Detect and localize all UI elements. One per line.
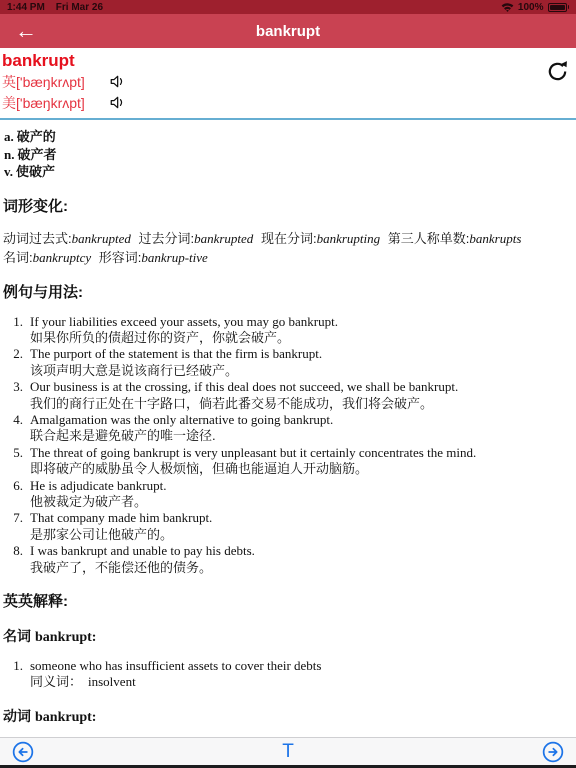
examples-heading: 例句与用法: xyxy=(3,284,576,302)
sense-item: 1. someone who has insufficient assets t… xyxy=(0,658,576,691)
def-text: 使破产 xyxy=(16,164,55,179)
headword: bankrupt xyxy=(2,51,576,71)
example-number: 7. xyxy=(0,510,30,543)
ee-word: bankrupt: xyxy=(35,710,96,725)
speaker-icon[interactable] xyxy=(109,95,126,110)
form-label: 过去分词: xyxy=(138,231,194,246)
def-pos: n. xyxy=(4,147,14,162)
ee-word: bankrupt: xyxy=(35,630,96,645)
form-label: 第三人称单数: xyxy=(388,231,470,246)
pronunciation-row: 美['bæŋkrʌpt] xyxy=(2,92,576,113)
example-item: 7. That company made him bankrupt. 是那家公司… xyxy=(0,510,576,543)
examples-list: 1. If your liabilities exceed your asset… xyxy=(0,314,576,577)
form-value: bankrupted xyxy=(72,231,131,246)
battery-nub xyxy=(568,5,570,9)
synonym-value: insolvent xyxy=(88,674,136,689)
word-form: 动词过去式:bankrupted xyxy=(3,231,131,246)
form-value: bankrupted xyxy=(194,231,253,246)
example-item: 6. He is adjudicate bankrupt. 他被裁定为破产者。 xyxy=(0,478,576,511)
ee-subheading: 名词bankrupt: xyxy=(3,628,576,646)
nav-bar: ← bankrupt xyxy=(0,14,576,48)
pron-phonetic: ['bæŋkrʌpt] xyxy=(16,95,85,111)
example-english: Our business is at the crossing, if this… xyxy=(30,379,576,395)
example-item: 8. I was bankrupt and unable to pay his … xyxy=(0,543,576,576)
def-pos: v. xyxy=(4,164,13,179)
def-pos: a. xyxy=(4,129,14,144)
synonym-label: 同义词： xyxy=(30,674,82,689)
status-bar: 1:44 PM Fri Mar 26 100% xyxy=(0,0,576,14)
page-title: bankrupt xyxy=(256,23,320,40)
dictionary-entry: bankrupt 英['bæŋkrʌpt] 美['bæŋkrʌpt] a.破产的… xyxy=(0,51,576,754)
example-chinese: 该项声明大意是说该商行已经破产。 xyxy=(30,363,576,379)
ee-pos: 名词 xyxy=(3,628,31,644)
speaker-icon[interactable] xyxy=(109,74,126,89)
history-forward-icon[interactable] xyxy=(542,741,564,768)
example-chinese: 如果你所负的债超过你的资产，你就会破产。 xyxy=(30,330,576,346)
example-english: The threat of going bankrupt is very unp… xyxy=(30,445,576,461)
pron-phonetic: ['bæŋkrʌpt] xyxy=(16,74,85,90)
word-forms-paragraph: 动词过去式:bankrupted 过去分词:bankrupted 现在分词:ba… xyxy=(3,229,574,267)
example-number: 5. xyxy=(0,445,30,478)
example-number: 2. xyxy=(0,346,30,379)
ee-senses: 1. someone who has insufficient assets t… xyxy=(0,658,576,691)
word-form: 名词:bankruptcy xyxy=(3,250,91,265)
example-english: Amalgamation was the only alternative to… xyxy=(30,412,576,428)
sense-text: someone who has insufficient assets to c… xyxy=(30,658,576,674)
example-chinese: 是那家公司让他破产的。 xyxy=(30,527,576,543)
word-form: 形容词:bankrup-tive xyxy=(99,250,208,265)
sense-number: 1. xyxy=(0,658,30,691)
form-label: 动词过去式: xyxy=(3,231,72,246)
example-english: If your liabilities exceed your assets, … xyxy=(30,314,576,330)
example-chinese: 联合起来是避免破产的唯一途径. xyxy=(30,428,576,444)
sense-synonym-row: 同义词：insolvent xyxy=(30,674,576,690)
ee-subheading: 动词bankrupt: xyxy=(3,708,576,726)
battery-percent: 100% xyxy=(518,2,544,13)
form-label: 名词: xyxy=(3,250,33,265)
def-text: 破产者 xyxy=(17,147,56,162)
word-form: 第三人称单数:bankrupts xyxy=(388,231,522,246)
example-item: 2. The purport of the statement is that … xyxy=(0,346,576,379)
battery-icon xyxy=(548,3,567,12)
example-item: 1. If your liabilities exceed your asset… xyxy=(0,314,576,347)
ee-heading: 英英解释: xyxy=(3,593,576,611)
example-english: That company made him bankrupt. xyxy=(30,510,576,526)
example-item: 4. Amalgamation was the only alternative… xyxy=(0,412,576,445)
def-text: 破产的 xyxy=(17,129,56,144)
example-english: I was bankrupt and unable to pay his deb… xyxy=(30,543,576,559)
ee-section: 名词bankrupt: 1. someone who has insuffici… xyxy=(0,628,576,691)
example-chinese: 我破产了，不能偿还他的债务。 xyxy=(30,560,576,576)
form-value: bankrup-tive xyxy=(141,250,207,265)
example-item: 5. The threat of going bankrupt is very … xyxy=(0,445,576,478)
example-number: 6. xyxy=(0,478,30,511)
pron-region: 美 xyxy=(2,95,16,111)
definition-line: a.破产的 xyxy=(4,128,576,146)
example-number: 8. xyxy=(0,543,30,576)
example-chinese: 他被裁定为破产者。 xyxy=(30,494,576,510)
wifi-icon xyxy=(501,2,514,12)
ee-sections: 名词bankrupt: 1. someone who has insuffici… xyxy=(0,628,576,754)
form-label: 现在分词: xyxy=(261,231,317,246)
text-size-button[interactable]: T xyxy=(282,740,294,764)
example-number: 4. xyxy=(0,412,30,445)
history-back-icon[interactable] xyxy=(12,741,34,768)
definition-line: n.破产者 xyxy=(4,146,576,164)
divider xyxy=(0,118,576,120)
pron-region: 英 xyxy=(2,74,16,90)
word-form: 过去分词:bankrupted xyxy=(138,231,253,246)
word-form: 现在分词:bankrupting xyxy=(261,231,380,246)
example-number: 1. xyxy=(0,314,30,347)
example-item: 3. Our business is at the crossing, if t… xyxy=(0,379,576,412)
example-english: The purport of the statement is that the… xyxy=(30,346,576,362)
word-forms-heading: 词形变化: xyxy=(3,198,576,216)
form-label: 形容词: xyxy=(99,250,142,265)
definitions-block: a.破产的n.破产者v.使破产 xyxy=(4,128,576,181)
example-english: He is adjudicate bankrupt. xyxy=(30,478,576,494)
form-value: bankruptcy xyxy=(33,250,91,265)
refresh-icon[interactable] xyxy=(546,58,569,88)
example-chinese: 我们的商行正处在十字路口，倘若此番交易不能成功，我们将会破产。 xyxy=(30,396,576,412)
pronunciation-rows: 英['bæŋkrʌpt] 美['bæŋkrʌpt] xyxy=(0,71,576,113)
pronunciation-row: 英['bæŋkrʌpt] xyxy=(2,71,576,92)
bottom-toolbar: T xyxy=(0,737,576,765)
back-arrow-icon[interactable]: ← xyxy=(15,16,37,46)
status-date: Fri Mar 26 xyxy=(56,2,103,13)
definition-line: v.使破产 xyxy=(4,163,576,181)
example-number: 3. xyxy=(0,379,30,412)
example-chinese: 即将破产的威胁虽令人极烦恼，但确也能逼迫人开动脑筋。 xyxy=(30,461,576,477)
ee-pos: 动词 xyxy=(3,708,31,724)
status-time: 1:44 PM xyxy=(7,2,45,13)
form-value: bankrupts xyxy=(469,231,521,246)
form-value: bankrupting xyxy=(317,231,381,246)
